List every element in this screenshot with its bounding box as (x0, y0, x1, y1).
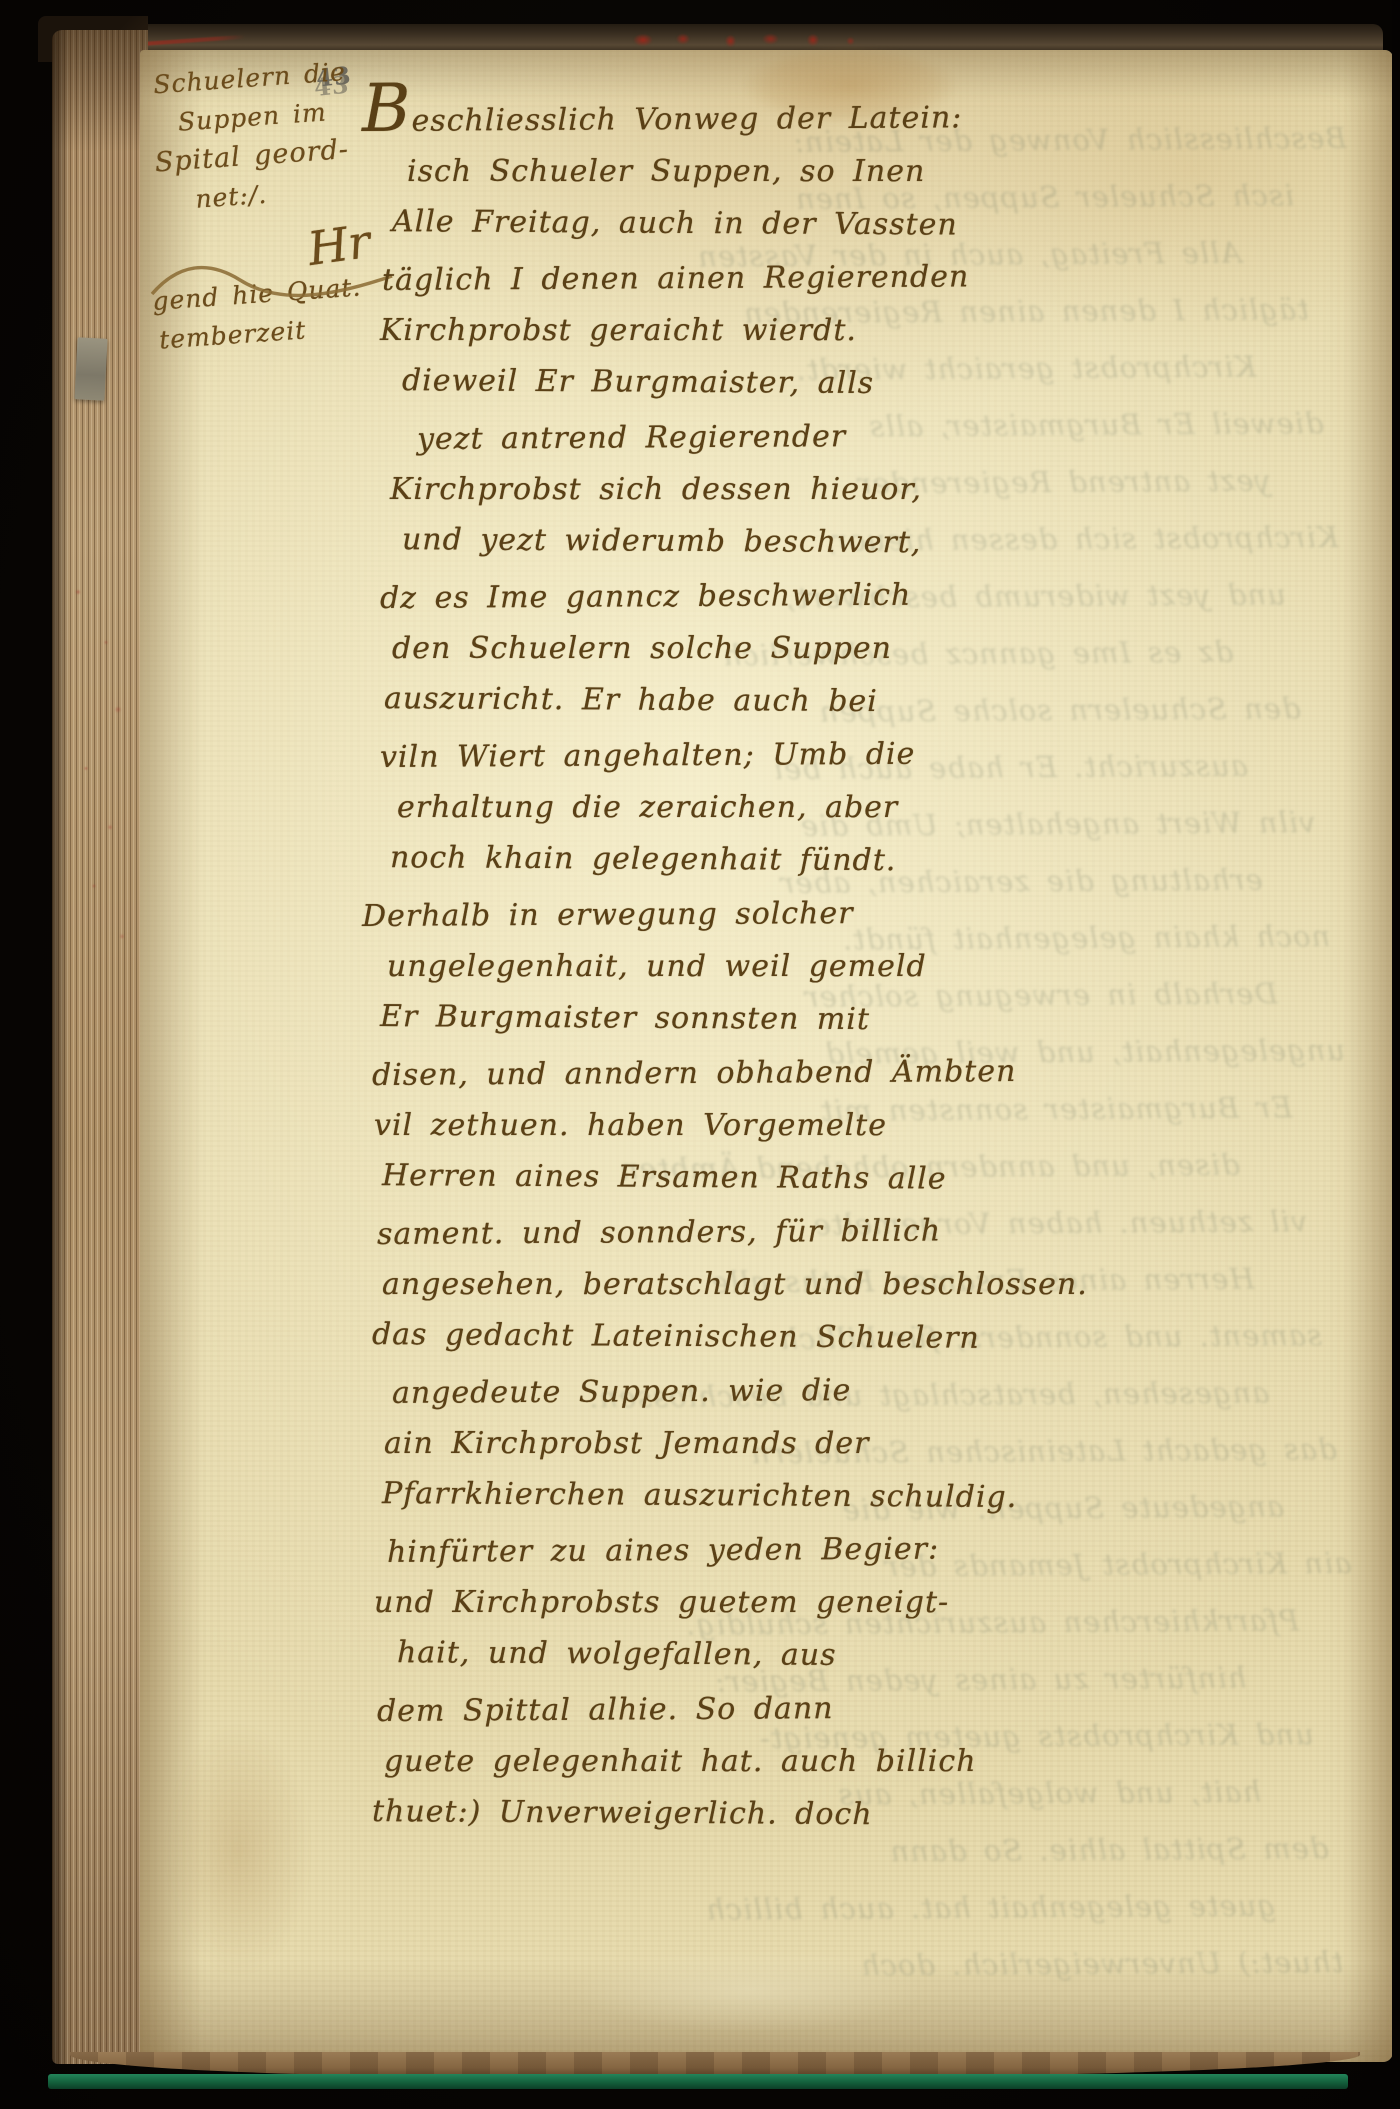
text-line: hinfürter zu aines yeden Begier: (387, 1520, 1342, 1579)
text-line: und yezt widerumb beschwert, (402, 513, 1342, 572)
green-table-mat (48, 2074, 1348, 2089)
text-line: Derhalb in erwegung solcher (362, 884, 1342, 943)
manuscript-body: Beschliesslich Vonweg der Latein:isch Sc… (362, 86, 1342, 1841)
text-line: sament. und sonnders, für billich (377, 1202, 1342, 1261)
manuscript-page: Beschliesslich Vonweg der Latein:isch Sc… (140, 50, 1393, 2062)
text-line: dieweil Er Burgmaister, alls (402, 354, 1342, 413)
text-line: ain Kirchprobst Jemands der (384, 1417, 1342, 1470)
text-line: Pfarrkhierchen auszurichten schuldig. (382, 1467, 1342, 1526)
text-line: ungelegenhait, und weil gemeld (387, 940, 1342, 993)
text-line: täglich I denen ainen Regierenden (382, 248, 1342, 307)
parchment-tab (74, 337, 107, 400)
text-line: Alle Freitag, auch in der Vassten (392, 195, 1342, 254)
text-line: Herren aines Ersamen Raths alle (382, 1149, 1342, 1208)
photo-right-edge (1392, 0, 1400, 2109)
text-line: isch Schueler Suppen, so Inen (407, 145, 1342, 198)
text-line: den Schuelern solche Suppen (392, 622, 1342, 675)
text-line: das gedacht Lateinischen Schuelern (372, 1308, 1342, 1367)
text-line: viln Wiert angehalten; Umb die (380, 725, 1342, 784)
paper-stain-gutter (146, 1670, 376, 2030)
text-line: guete gelegenhait hat. auch billich (146, 1877, 1316, 1942)
text-line: angedeute Suppen. wie die (392, 1361, 1342, 1420)
book-fore-edge-pages (52, 30, 148, 2064)
red-edge-speckles (62, 550, 142, 970)
text-line: thuet:) Unverweigerlich. doch (146, 1934, 1383, 2000)
text-line: Kirchprobst sich dessen hieuor, (390, 463, 1342, 516)
photo-background: Beschliesslich Vonweg der Latein:isch Sc… (0, 0, 1400, 2109)
text-line: dem Spittal alhie. So dann (377, 1679, 1342, 1738)
text-line: thuet:) Unverweigerlich. doch (372, 1785, 1342, 1844)
red-edge-marking (613, 30, 863, 50)
text-line: disen, und anndern obhabend Ämbten (372, 1043, 1342, 1102)
text-line: Kirchprobst geraicht wierdt. (380, 304, 1342, 357)
text-line: Er Burgmaister sonnsten mit (380, 990, 1342, 1049)
text-line: guete gelegenhait hat. auch billich (384, 1735, 1342, 1788)
text-line: erhaltung die zeraichen, aber (397, 781, 1342, 834)
text-line: auszuricht. Er habe auch bei (384, 672, 1342, 731)
paper-highlight-bottom (500, 1930, 1000, 2050)
text-line: und Kirchprobsts guetem geneigt- (374, 1576, 1342, 1629)
text-line: hait, und wolgefallen, aus (397, 1626, 1342, 1685)
text-line: yezt antrend Regierender (417, 407, 1342, 466)
text-line: dz es Ime ganncz beschwerlich (380, 566, 1342, 625)
text-line: Beschliesslich Vonweg der Latein: (362, 83, 1342, 148)
text-line: vil zethuen. haben Vorgemelte (374, 1099, 1342, 1152)
text-line: noch khain gelegenhait fündt. (390, 831, 1342, 890)
text-line: angesehen, beratschlagt und beschlossen. (382, 1258, 1342, 1311)
